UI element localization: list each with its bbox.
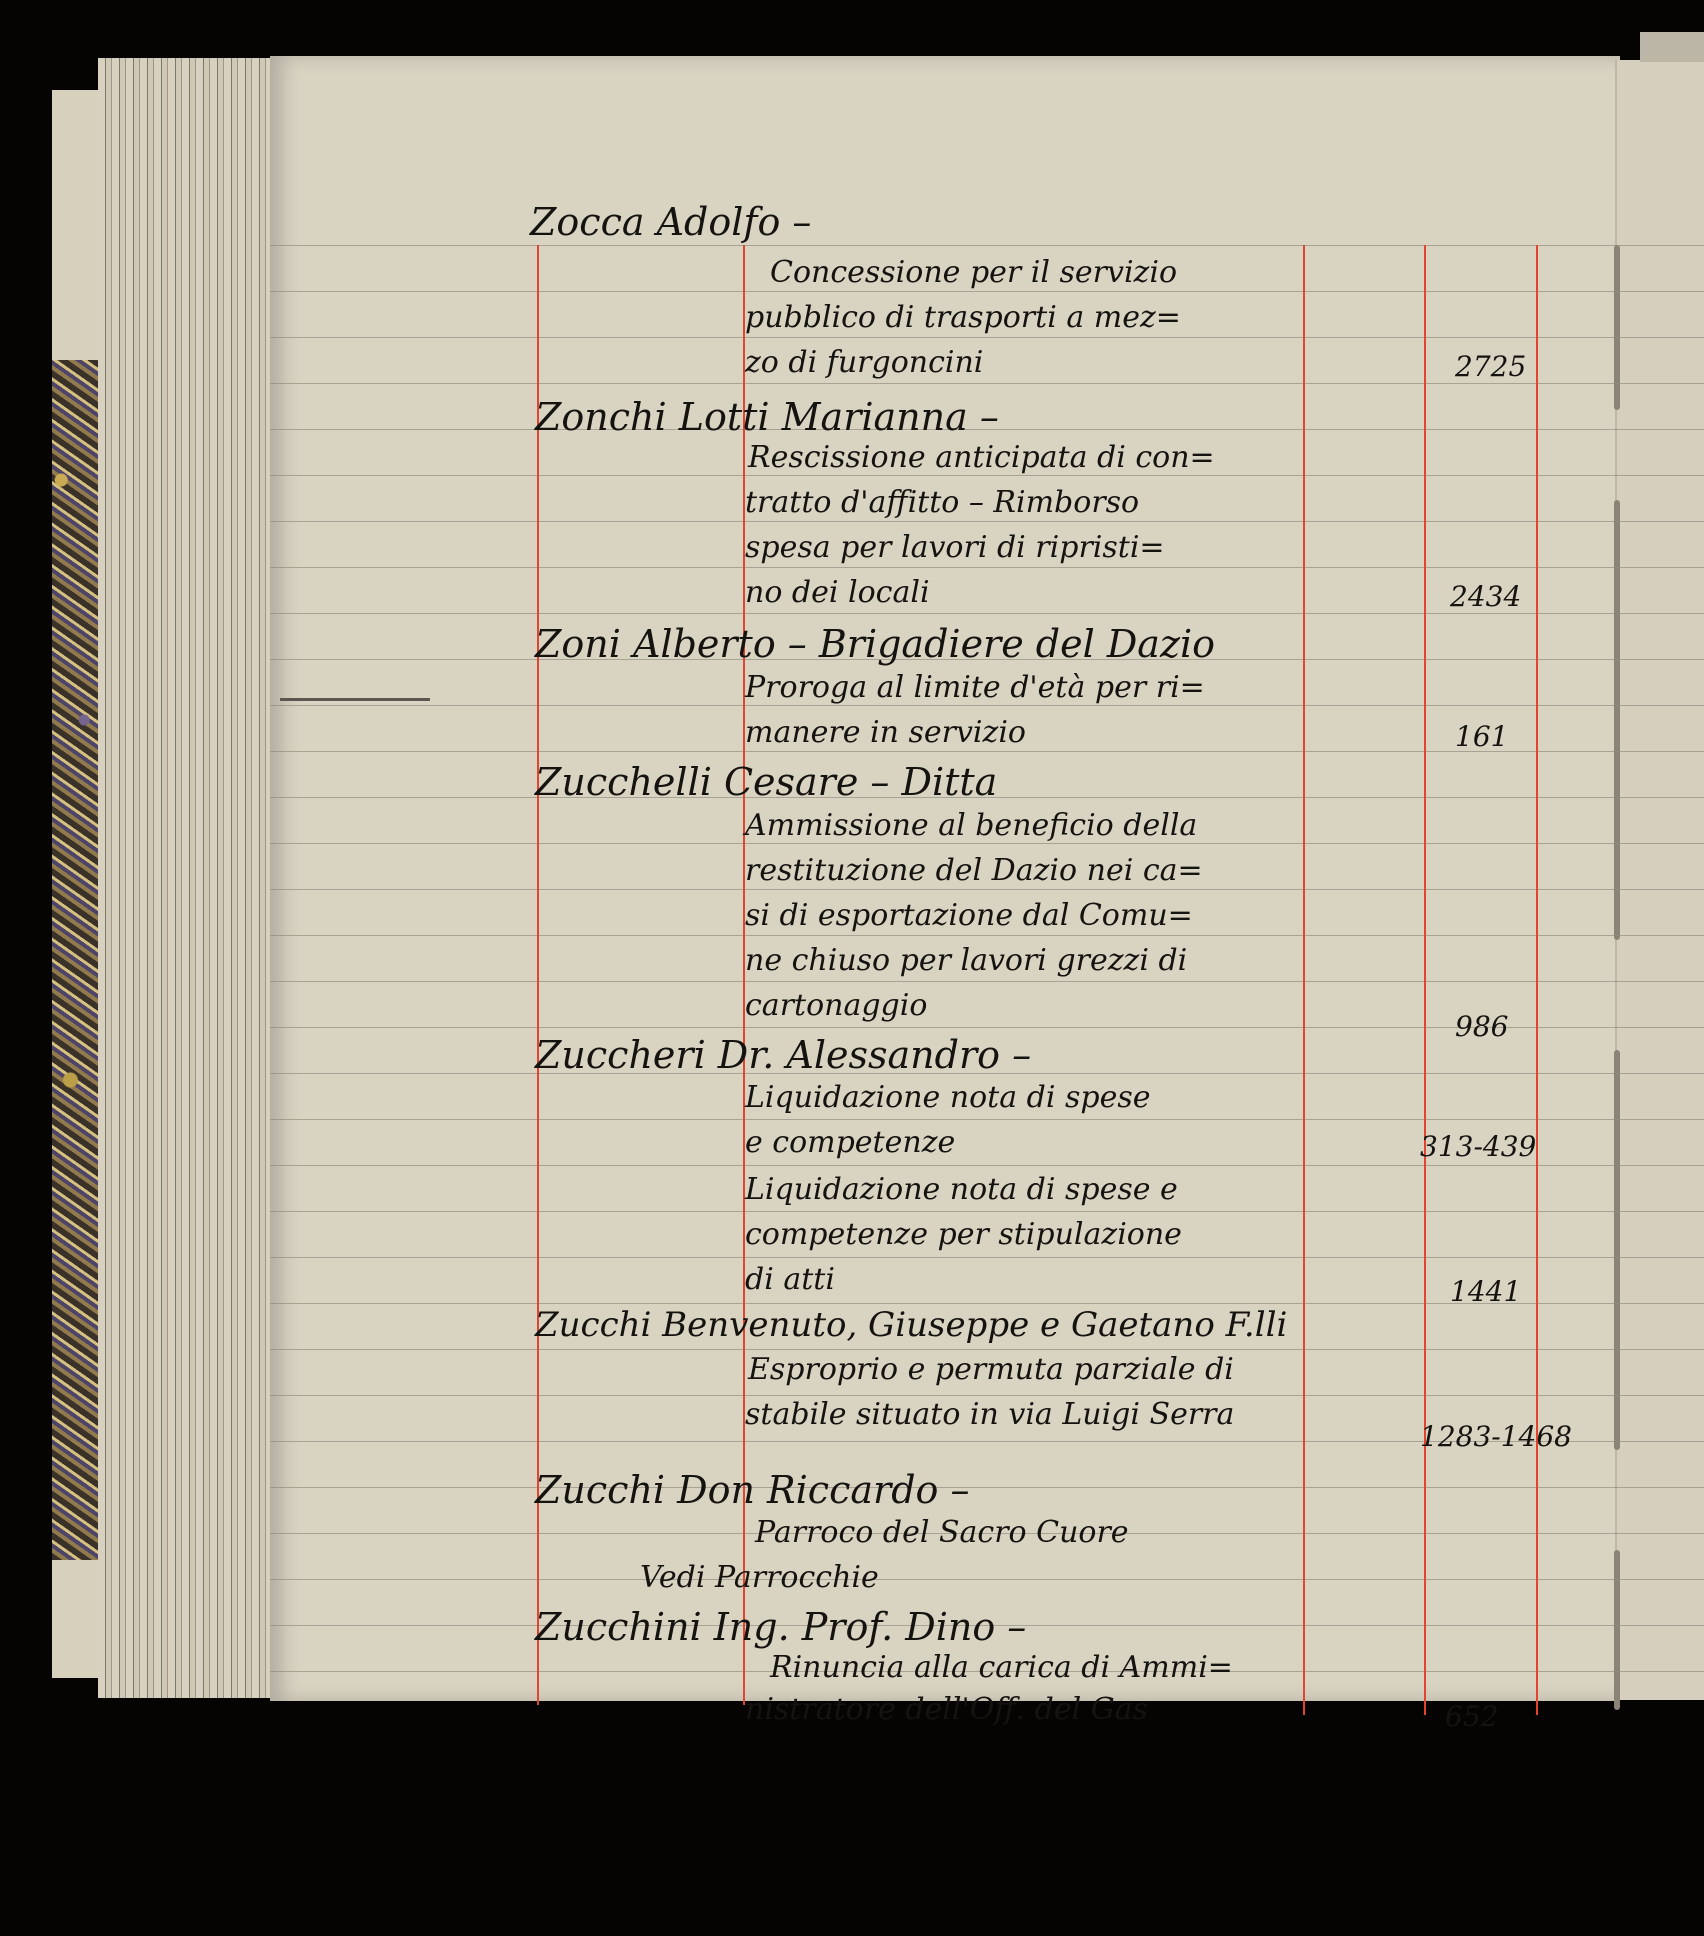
entry-line: Concessione per il servizio xyxy=(770,255,1177,290)
entry-line: Esproprio e permuta parziale di xyxy=(748,1352,1234,1387)
entry-ref-number: 2725 xyxy=(1455,350,1526,383)
binding-stitch xyxy=(1614,245,1620,410)
facing-page-top xyxy=(1640,32,1704,62)
entry-name: Zucchi Benvenuto, Giuseppe e Gaetano F.l… xyxy=(535,1305,1287,1345)
entry-ref-number: 313-439 xyxy=(1420,1130,1536,1163)
entry-line: manere in servizio xyxy=(745,715,1026,750)
entry-ref-number: 1283-1468 xyxy=(1420,1420,1572,1453)
entry-line: zo di furgoncini xyxy=(745,345,983,380)
entry-name: Zucchi Don Riccardo – xyxy=(535,1468,969,1512)
entry-line: Liquidazione nota di spese xyxy=(745,1080,1151,1115)
entry-line: Ammissione al beneficio della xyxy=(745,808,1197,843)
entry-line: e competenze xyxy=(745,1125,955,1160)
entry-line: tratto d'affitto – Rimborso xyxy=(745,485,1139,520)
entry-name: Zoni Alberto – Brigadiere del Dazio xyxy=(535,622,1215,666)
entry-line: pubblico di trasporti a mez= xyxy=(745,300,1181,335)
facing-page-edge xyxy=(1615,60,1704,1700)
see-also-reference: Vedi Parrocchie xyxy=(640,1560,879,1595)
entry-name: Zuccheri Dr. Alessandro – xyxy=(535,1033,1031,1077)
binding-stitch xyxy=(1614,1550,1620,1710)
entry-line: ne chiuso per lavori grezzi di xyxy=(745,943,1187,978)
pencil-mark xyxy=(280,698,430,701)
entry-line: Liquidazione nota di spese e xyxy=(745,1172,1178,1207)
entry-line: di atti xyxy=(745,1262,835,1297)
entry-line: stabile situato in via Luigi Serra xyxy=(745,1397,1234,1432)
entry-line: nistratore dell'Off. del Gas xyxy=(745,1692,1148,1727)
entry-name: Zucchelli Cesare – Ditta xyxy=(535,760,997,804)
entry-line: Rinuncia alla carica di Ammi= xyxy=(770,1650,1233,1685)
entry-ref-number: 1441 xyxy=(1450,1275,1521,1308)
entry-line: cartonaggio xyxy=(745,988,927,1023)
entry-ref-number: 161 xyxy=(1455,720,1508,753)
entry-line: Proroga al limite d'età per ri= xyxy=(745,670,1205,705)
entry-line: Parroco del Sacro Cuore xyxy=(755,1515,1129,1550)
entry-line: no dei locali xyxy=(745,575,930,610)
entry-name: Zonchi Lotti Marianna – xyxy=(535,395,999,439)
page-edges-stack xyxy=(98,58,278,1698)
entry-line: Rescissione anticipata di con= xyxy=(748,440,1215,475)
entry-line: spesa per lavori di ripristi= xyxy=(745,530,1165,565)
entry-line: competenze per stipulazione xyxy=(745,1217,1182,1252)
entry-ref-number: 2434 xyxy=(1450,580,1521,613)
entry-name: Zocca Adolfo – xyxy=(530,200,811,244)
marbled-endpaper xyxy=(52,360,98,1560)
entry-ref-number: 986 xyxy=(1455,1010,1508,1043)
binding-stitch xyxy=(1614,1050,1620,1450)
entry-line: si di esportazione dal Comu= xyxy=(745,898,1193,933)
entry-name: Zucchini Ing. Prof. Dino – xyxy=(535,1605,1026,1649)
entry-ref-number: 652 xyxy=(1445,1700,1498,1733)
binding-stitch xyxy=(1614,500,1620,940)
entry-line: restituzione del Dazio nei ca= xyxy=(745,853,1203,888)
